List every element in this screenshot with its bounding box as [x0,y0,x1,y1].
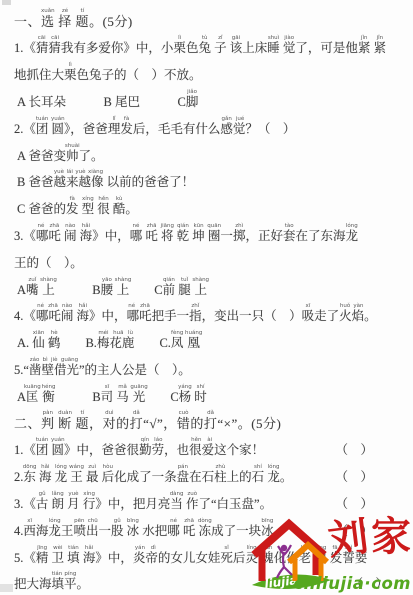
judge-q3-text: 3.《古gǔ 朗lǎng 月yuè 行xíng》中，把月亮当dàng 作zuò了… [14,491,272,511]
scanned-worksheet-page: 一、选xuǎn 择zé 题tí。(5分)1.《猜猜cāi cāi我有多爱你》中，… [0,0,413,595]
pinyin-annotated-text: 型xíng [82,202,95,216]
answer-bracket: （ ） [335,444,373,457]
pinyin-annotated-text: 圆yuán [52,122,65,136]
section2-header: 二、判pàn 断duàn 题tí，对duì的打dǎ“√”，错cuò的打dǎ“×”… [14,406,413,433]
pinyin-annotated-text: 朗lǎng [52,497,65,511]
pinyin-annotated-text: 很hěn [97,202,110,216]
pinyin-annotated-text: 填平tián píng [52,577,77,591]
pinyin-annotated-text: 司sī [101,390,114,404]
judge-q5-line2-text: 把大海填平tián píng。 [14,571,89,591]
pinyin-annotated-text: 石shí [252,470,265,484]
choice-q2-option-b-text: B 爸爸越来越像yuè lái yuè xiàng 以前的爸爸了！ [17,169,194,189]
pinyin-annotated-text: 冰bīng [127,524,140,538]
section2-header-text: 二、判pàn 断duàn 题tí，对duì的打dǎ“√”，错cuò的打dǎ“×”… [14,410,281,431]
choice-q2-option-a: A 爸爸变帅shuài了。 [14,138,413,165]
pinyin-annotated-text: 指zhǐ [189,309,202,323]
pinyin-annotated-text: 海hǎi [77,309,90,323]
pinyin-annotated-text: 闹nào [64,229,77,243]
choice-q1-line2: 地抓住大栗lì色兔子的（ ）不放。 [14,58,413,85]
worksheet-lines: 一、选xuǎn 择zé 题tí。(5分)1.《猜猜cāi cāi我有多爱你》中，… [14,4,413,595]
choice-q2-text: 2.《团tuán 圆yuán》，爸爸理lǐ发fà后，毛毛有什么感觉gǎn jué… [14,116,295,136]
choice-q2: 2.《团tuán 圆yuán》，爸爸理lǐ发fà后，毛毛有什么感觉gǎn jué… [14,111,413,138]
pinyin-annotated-text: 打dǎ [204,416,218,431]
pinyin-annotated-text: 哪吒né zhā [127,309,152,323]
scan-artifact-bottom-left [0,584,13,592]
choice-q1-line1: 1.《猜猜cāi cāi我有多爱你》中，小栗lì色兔tù 子zǐ 该gāi上床睡… [14,31,413,58]
choice-q4: 4.《哪吒闹né zhā nào 海hǎi》中，哪吒né zhā把手一指zhǐ，… [14,299,413,326]
pinyin-annotated-text: 脚jiǎo [186,95,199,109]
pinyin-annotated-text: 觉jiào [283,41,296,55]
pinyin-annotated-text: 紧jǐn [374,41,387,55]
pinyin-annotated-text: 对duì [103,416,117,431]
pinyin-annotated-text: 炎帝yán dì [133,551,158,565]
choice-q4-options: A. 仙xiān 鹤hè B.梅花鹿méi huā lù C.凤fèng 凰hu… [14,326,413,353]
choice-q4-options-text: A. 仙xiān 鹤hè B.梅花鹿méi huā lù C.凤fèng 凰hu… [17,330,202,350]
pinyin-annotated-text: 上shàng [194,283,209,297]
pinyin-annotated-text: 套tào [283,229,296,243]
pinyin-annotated-text: 栗lì [173,41,186,55]
pinyin-annotated-text: 冻dòng [199,524,212,538]
watermark-logo: liujia 刘家 cnliujia·com [251,515,413,595]
pinyin-annotated-text: 柱zhù [214,470,227,484]
pinyin-annotated-text: 择zé [58,14,72,29]
pinyin-annotated-text: 杨yáng [179,390,192,404]
pinyin-annotated-text: 精jīng [36,551,49,565]
pinyin-annotated-text: 题tí [76,14,90,29]
choice-q1-line1-text: 1.《猜猜cāi cāi我有多爱你》中，小栗lì色兔tù 子zǐ 该gāi上床睡… [14,35,386,55]
pinyin-annotated-text: 月yuè [67,497,80,511]
pinyin-annotated-text: 腰yāo [101,283,114,297]
pinyin-annotated-text: 判pàn [41,416,55,431]
pinyin-annotated-text: 填tián [67,551,80,565]
pinyin-annotated-text: 掷zhì [233,229,246,243]
pinyin-annotated-text: 团tuán [36,443,49,457]
pinyin-annotated-text: 盘pán [177,470,190,484]
pinyin-annotated-text: 行xíng [83,497,96,511]
pinyin-annotated-text: 腿tuǐ [178,283,191,297]
choice-q3-line1-text: 3.《哪吒né zhā 闹nào 海hǎi》中，哪né 吒zhā 将jiāng … [14,223,358,243]
choice-q1-options-text: A 长耳朵 B 尾巴 C脚jiǎo [17,89,198,109]
pinyin-annotated-text: 越来越像yuè lái yuè xiàng [53,175,103,189]
judge-q1-text: 1.《团tuán 圆yuán》中，爸爸很勤劳qín láo，也很爱hěn ài这… [14,437,264,457]
pinyin-annotated-text: 吒zhā [183,524,196,538]
pinyin-annotated-text: 凰huáng [187,336,203,350]
pinyin-annotated-text: 梅花鹿méi huā lù [97,336,135,350]
pinyin-annotated-text: 理lǐ [108,122,121,136]
section1-header: 一、选xuǎn 择zé 题tí。(5分) [14,4,413,31]
choice-q3-options: A嘴zuǐ 上shàng B腰yāo 上shàng C前qián 腿tuǐ 上s… [14,272,413,299]
pinyin-annotated-text: 哪né [167,524,180,538]
section1-header-text: 一、选xuǎn 择zé 题tí。(5分) [14,8,133,29]
pinyin-annotated-text: 火焰huǒ yàn [339,309,364,323]
judge-q3: 3.《古gǔ 朗lǎng 月yuè 行xíng》中，把月亮当dàng 作zuò了… [14,486,413,513]
choice-q3-line1: 3.《哪吒né zhā 闹nào 海hǎi》中，哪né 吒zhā 将jiāng … [14,218,413,245]
choice-q2-option-a-text: A 爸爸变帅shuài了。 [17,143,104,163]
choice-q2-option-b: B 爸爸越来越像yuè lái yuè xiàng 以前的爸爸了！ [14,165,413,192]
pinyin-annotated-text: 紧jǐn [358,41,371,55]
pinyin-annotated-text: 吸xī [302,309,315,323]
answer-bracket: （ ） [335,498,373,511]
pinyin-annotated-text: 栗lì [64,68,77,82]
pinyin-annotated-text: 哪吒né zhā [36,229,61,243]
pinyin-annotated-text: 吒zhā [145,229,158,243]
pinyin-annotated-text: 最zuì [86,470,99,484]
pinyin-annotated-text: 感觉gǎn jué [220,122,245,136]
watermark-url: cnliujia·com [293,574,411,593]
pinyin-annotated-text: 断duàn [58,416,72,431]
pinyin-annotated-text: 卫wèi [52,551,65,565]
choice-q3-line2: 王的（ ）。 [14,245,413,272]
pinyin-annotated-text: 光guāng [132,390,145,404]
choice-q5-options-text: A匡kuāng 衡héng B司sī 马mǎ 光guāng C杨yáng 时sh… [17,384,207,404]
judge-q2: 2.东dōng 海hǎi 龙lóng 王wáng 最zuì 后hòu化成了一条盘… [14,460,413,487]
pinyin-annotated-text: 王wáng [70,470,83,484]
choice-q3-line2-text: 王的（ ）。 [14,257,83,270]
pinyin-annotated-text: 圆yuán [52,443,65,457]
judge-q1: 1.《团tuán 圆yuán》中，爸爸很勤劳qín láo，也很爱hěn ài这… [14,433,413,460]
choice-q2-option-c: C 爸爸的发fà 型xíng 很hěn 酷kù。 [14,192,413,219]
pinyin-annotated-text: 当dàng [170,497,183,511]
pinyin-annotated-text: 乾qián [177,229,190,243]
pinyin-annotated-text: 西xī [23,524,36,538]
pinyin-annotated-text: 子zǐ [214,41,227,55]
choice-q5: 5.“凿壁借光záo bì jiè guāng”的主人公是（ ）。 [14,352,413,379]
watermark-brand-chinese: 刘家 [328,517,411,557]
pinyin-annotated-text: 海hǎi [39,470,52,484]
choice-q5-options: A匡kuāng 衡héng B司sī 马mǎ 光guāng C杨yáng 时sh… [14,379,413,406]
pinyin-annotated-text: 上shàng [116,283,129,297]
pinyin-annotated-text: 后hòu [102,470,115,484]
choice-q1-options: A 长耳朵 B 尾巴 C脚jiǎo [14,84,413,111]
pinyin-annotated-text: 发fà [66,202,79,216]
judge-q4-text: 4.西xī海龙lóng王喷出pēn chū一股gǔ 冰bīng 水把哪né 吒z… [14,518,286,538]
choice-q1-line2-text: 地抓住大栗lì色兔子的（ ）不放。 [14,62,202,82]
pinyin-annotated-text: 海hǎi [80,229,93,243]
pinyin-annotated-text: 帅shuài [66,149,79,163]
pinyin-annotated-text: 海hǎi [83,551,96,565]
pinyin-annotated-text: 作zuò [186,497,199,511]
pinyin-annotated-text: 打dǎ [130,416,144,431]
pinyin-annotated-text: 兔tù [198,41,211,55]
pinyin-annotated-text: 龙lóng [55,470,68,484]
brand-char-jia: 家 [371,517,411,557]
pinyin-annotated-text: 仙xiān [32,336,45,350]
pinyin-annotated-text: 圈quān [208,229,221,243]
pinyin-annotated-text: 很爱hěn ài [189,443,214,457]
answer-bracket: （ ） [335,471,373,484]
pinyin-annotated-text: 错cuò [177,416,191,431]
pinyin-annotated-text: 喷出pēn chū [73,524,98,538]
judge-q2-text: 2.东dōng 海hǎi 龙lóng 王wáng 最zuì 后hòu化成了一条盘… [14,464,292,484]
pinyin-annotated-text: 嘴zuǐ [26,283,39,297]
choice-q5-text: 5.“凿壁借光záo bì jiè guāng”的主人公是（ ）。 [14,357,191,377]
pinyin-annotated-text: 时shí [194,390,207,404]
pinyin-annotated-text: 猜猜cāi cāi [36,41,61,55]
pinyin-annotated-text: 马mǎ [116,390,129,404]
choice-q4-text: 4.《哪吒闹né zhā nào 海hǎi》中，哪吒né zhā把手一指zhǐ，… [14,303,377,323]
pinyin-annotated-text: 龙lóng [346,229,359,243]
pinyin-annotated-text: 团tuán [36,122,49,136]
pinyin-annotated-text: 龙lóng [267,470,280,484]
pinyin-annotated-text: 匡kuāng [26,390,39,404]
pinyin-annotated-text: 上shàng [42,283,55,297]
pinyin-annotated-text: 死sǐ [220,551,233,565]
pinyin-annotated-text: 哪né [130,229,143,243]
pinyin-annotated-text: 哪吒闹né zhā nào [36,309,74,323]
pinyin-annotated-text: 题tí [76,416,90,431]
pinyin-annotated-text: 发fà [120,122,133,136]
pinyin-annotated-text: 睡shuì [267,41,280,55]
pinyin-annotated-text: 凿壁借光záo bì jiè guāng [29,363,79,377]
pinyin-annotated-text: 选xuǎn [41,14,55,29]
pinyin-annotated-text: 鹤hè [48,336,61,350]
pinyin-annotated-text: 东dōng [23,470,36,484]
pinyin-annotated-text: 前qián [163,283,176,297]
pinyin-annotated-text: 龙lóng [48,524,61,538]
choice-q3-options-text: A嘴zuǐ 上shàng B腰yāo 上shàng C前qián 腿tuǐ 上s… [17,277,209,297]
choice-q2-option-c-text: C 爸爸的发fà 型xíng 很hěn 酷kù。 [17,196,138,216]
pinyin-annotated-text: 该gāi [230,41,243,55]
pinyin-annotated-text: 股gǔ [111,524,124,538]
brand-char-liu: 刘 [326,517,371,562]
pinyin-annotated-text: 衡héng [42,390,55,404]
pinyin-annotated-text: 凤fèng [171,336,184,350]
scan-artifact-top-left [2,0,11,5]
pinyin-annotated-text: 将jiāng [161,229,174,243]
pinyin-annotated-text: 勤劳qín láo [139,443,164,457]
pinyin-annotated-text: 坤kūn [192,229,205,243]
pinyin-annotated-text: 酷kù [113,202,126,216]
pinyin-annotated-text: 古gǔ [36,497,49,511]
